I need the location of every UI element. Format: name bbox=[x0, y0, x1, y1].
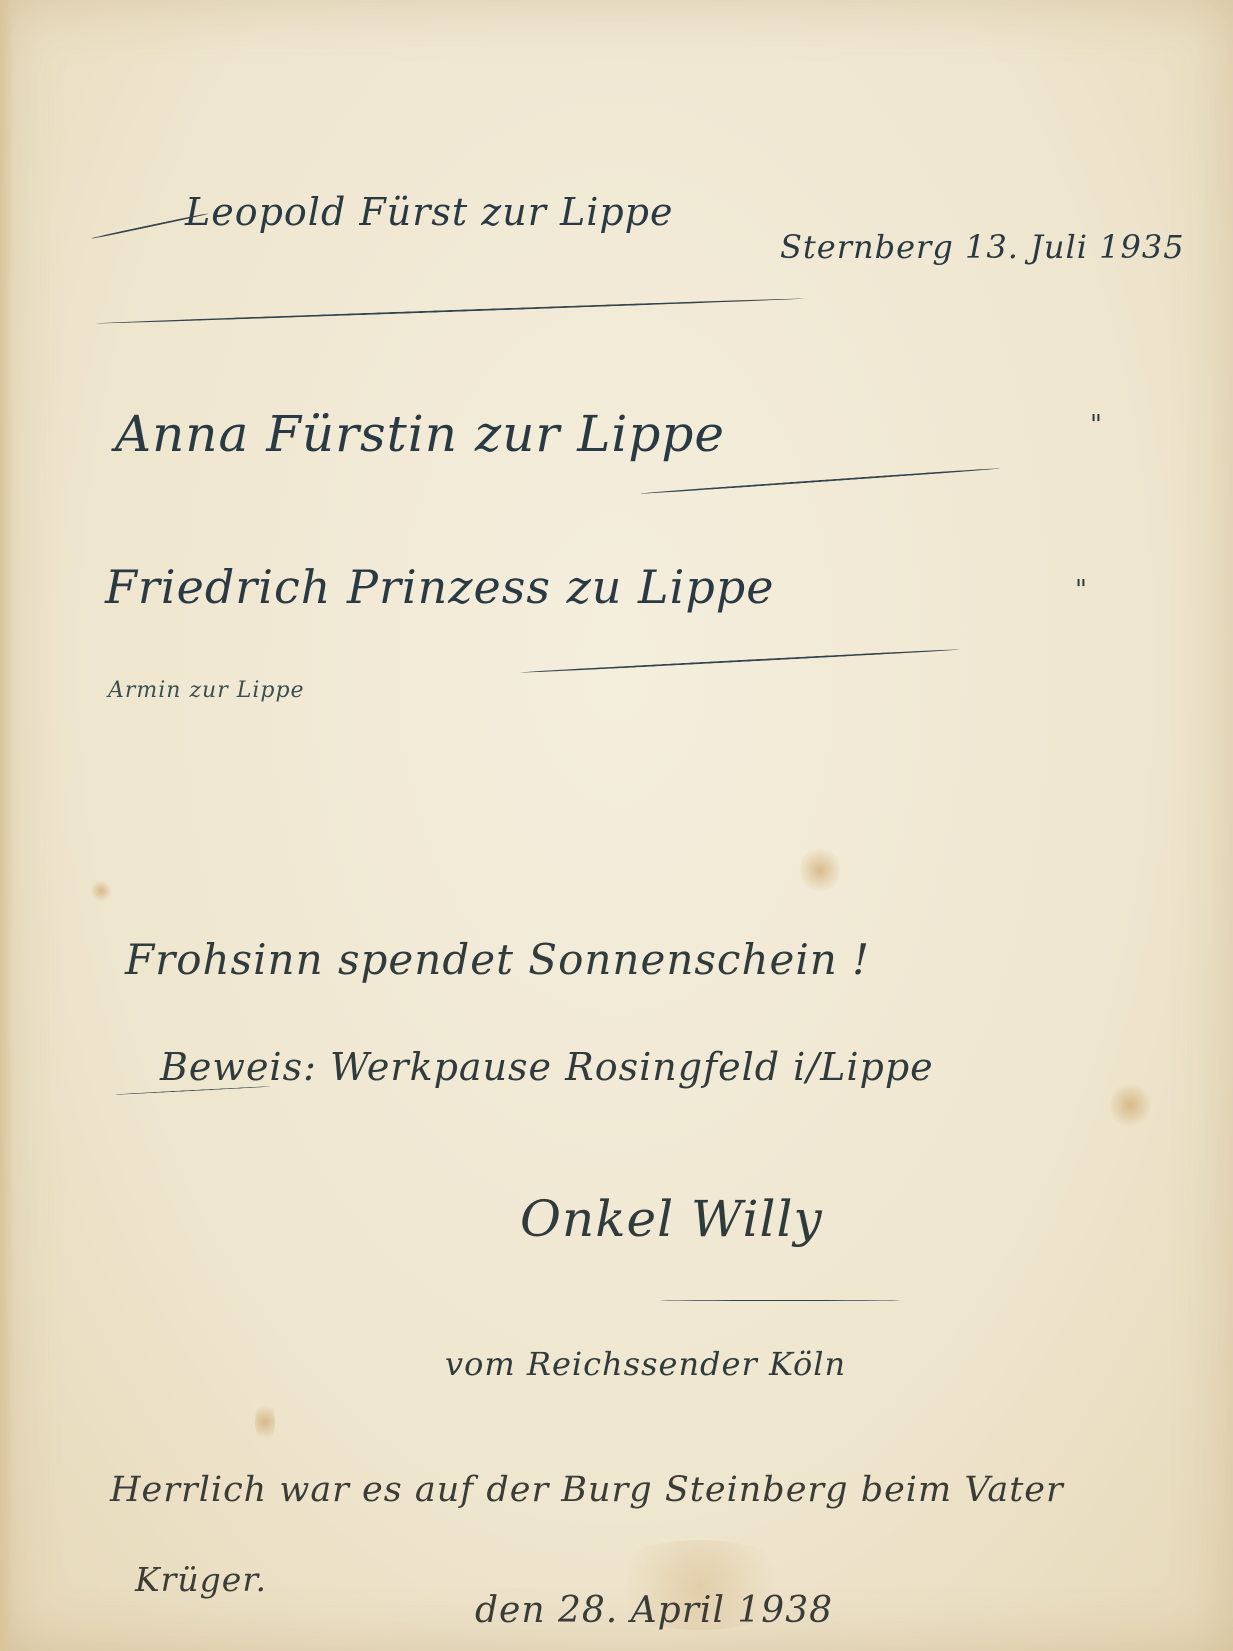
place-date-1935: Sternberg 13. Juli 1935 bbox=[780, 228, 1185, 266]
reichssender-line: vom Reichssender Köln bbox=[445, 1345, 846, 1383]
ditto-mark: " bbox=[1090, 410, 1103, 440]
signature-leopold: Leopold Fürst zur Lippe bbox=[185, 190, 673, 234]
foxing-stain bbox=[800, 845, 840, 895]
signature-underline bbox=[95, 298, 805, 325]
signature-friedrich: Friedrich Prinzess zu Lippe bbox=[105, 560, 774, 614]
signature-anna: Anna Fürstin zur Lippe bbox=[115, 405, 725, 463]
proof-line: Beweis: Werkpause Rosingfeld i/Lippe bbox=[160, 1045, 934, 1089]
foxing-stain bbox=[1110, 1080, 1150, 1130]
signature-underline bbox=[660, 1300, 900, 1301]
signature-onkel-willy: Onkel Willy bbox=[520, 1190, 823, 1248]
foxing-stain bbox=[90, 880, 112, 902]
foxing-stain bbox=[255, 1400, 275, 1444]
note-line-2: Krüger. bbox=[135, 1560, 267, 1599]
page-fold-shadow bbox=[0, 0, 14, 1651]
note-line-1: Herrlich war es auf der Burg Steinberg b… bbox=[110, 1470, 1064, 1510]
motto-line: Frohsinn spendet Sonnenschein ! bbox=[125, 935, 870, 984]
signature-underline bbox=[520, 648, 960, 673]
ditto-mark: " bbox=[1075, 575, 1088, 605]
signature-underline bbox=[640, 467, 999, 494]
signature-armin: Armin zur Lippe bbox=[108, 678, 305, 703]
guestbook-page: Leopold Fürst zur Lippe Sternberg 13. Ju… bbox=[0, 0, 1233, 1651]
date-1938: den 28. April 1938 bbox=[475, 1590, 833, 1631]
